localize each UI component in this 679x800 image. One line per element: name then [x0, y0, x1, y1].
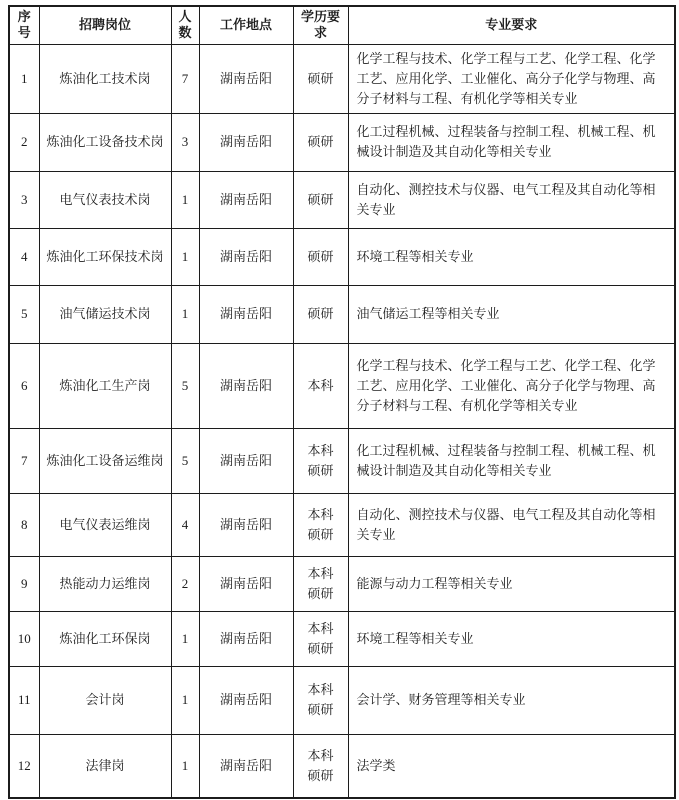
document-page: 序号 招聘岗位 人数 工作地点 学历要求 专业要求 1 炼油化工技术岗 7 湖南… — [0, 0, 679, 799]
cell-work-location: 湖南岳阳 — [199, 171, 293, 228]
header-row: 序号 招聘岗位 人数 工作地点 学历要求 专业要求 — [9, 6, 675, 44]
header-position: 招聘岗位 — [39, 6, 171, 44]
cell-work-location: 湖南岳阳 — [199, 556, 293, 611]
cell-position: 炼油化工环保技术岗 — [39, 228, 171, 285]
cell-headcount: 4 — [171, 493, 199, 556]
cell-major-requirement: 法学类 — [348, 734, 675, 798]
cell-education-requirement: 本科 硕研 — [293, 556, 348, 611]
table-row: 9 热能动力运维岗 2 湖南岳阳 本科 硕研 能源与动力工程等相关专业 — [9, 556, 675, 611]
cell-position: 电气仪表技术岗 — [39, 171, 171, 228]
cell-major-requirement: 化学工程与技术、化学工程与工艺、化学工程、化学工艺、应用化学、工业催化、高分子化… — [348, 44, 675, 113]
cell-work-location: 湖南岳阳 — [199, 666, 293, 734]
table-row: 5 油气储运技术岗 1 湖南岳阳 硕研 油气储运工程等相关专业 — [9, 285, 675, 343]
cell-education-requirement: 本科 硕研 — [293, 734, 348, 798]
cell-seq-no: 9 — [9, 556, 39, 611]
cell-work-location: 湖南岳阳 — [199, 343, 293, 428]
cell-seq-no: 7 — [9, 428, 39, 493]
cell-headcount: 1 — [171, 228, 199, 285]
cell-major-requirement: 化工过程机械、过程装备与控制工程、机械工程、机械设计制造及其自动化等相关专业 — [348, 428, 675, 493]
cell-work-location: 湖南岳阳 — [199, 44, 293, 113]
cell-major-requirement: 自动化、测控技术与仪器、电气工程及其自动化等相关专业 — [348, 171, 675, 228]
header-major-requirement: 专业要求 — [348, 6, 675, 44]
cell-education-requirement: 硕研 — [293, 228, 348, 285]
cell-seq-no: 11 — [9, 666, 39, 734]
cell-position: 会计岗 — [39, 666, 171, 734]
cell-seq-no: 5 — [9, 285, 39, 343]
cell-major-requirement: 环境工程等相关专业 — [348, 611, 675, 666]
header-education-requirement: 学历要求 — [293, 6, 348, 44]
cell-headcount: 1 — [171, 171, 199, 228]
cell-seq-no: 3 — [9, 171, 39, 228]
cell-headcount: 5 — [171, 428, 199, 493]
cell-headcount: 7 — [171, 44, 199, 113]
cell-education-requirement: 本科 硕研 — [293, 493, 348, 556]
cell-education-requirement: 硕研 — [293, 113, 348, 171]
cell-major-requirement: 环境工程等相关专业 — [348, 228, 675, 285]
cell-work-location: 湖南岳阳 — [199, 285, 293, 343]
cell-work-location: 湖南岳阳 — [199, 228, 293, 285]
cell-headcount: 1 — [171, 734, 199, 798]
cell-position: 炼油化工环保岗 — [39, 611, 171, 666]
cell-work-location: 湖南岳阳 — [199, 493, 293, 556]
table-row: 12 法律岗 1 湖南岳阳 本科 硕研 法学类 — [9, 734, 675, 798]
cell-work-location: 湖南岳阳 — [199, 428, 293, 493]
cell-headcount: 2 — [171, 556, 199, 611]
cell-position: 油气储运技术岗 — [39, 285, 171, 343]
table-row: 2 炼油化工设备技术岗 3 湖南岳阳 硕研 化工过程机械、过程装备与控制工程、机… — [9, 113, 675, 171]
cell-headcount: 1 — [171, 611, 199, 666]
cell-education-requirement: 硕研 — [293, 171, 348, 228]
cell-major-requirement: 油气储运工程等相关专业 — [348, 285, 675, 343]
cell-education-requirement: 本科 硕研 — [293, 611, 348, 666]
cell-position: 电气仪表运维岗 — [39, 493, 171, 556]
cell-major-requirement: 化工过程机械、过程装备与控制工程、机械工程、机械设计制造及其自动化等相关专业 — [348, 113, 675, 171]
cell-major-requirement: 会计学、财务管理等相关专业 — [348, 666, 675, 734]
cell-position: 炼油化工设备运维岗 — [39, 428, 171, 493]
cell-position: 炼油化工技术岗 — [39, 44, 171, 113]
cell-education-requirement: 本科 — [293, 343, 348, 428]
header-seq-no: 序号 — [9, 6, 39, 44]
table-row: 3 电气仪表技术岗 1 湖南岳阳 硕研 自动化、测控技术与仪器、电气工程及其自动… — [9, 171, 675, 228]
table-row: 7 炼油化工设备运维岗 5 湖南岳阳 本科 硕研 化工过程机械、过程装备与控制工… — [9, 428, 675, 493]
cell-position: 法律岗 — [39, 734, 171, 798]
cell-major-requirement: 自动化、测控技术与仪器、电气工程及其自动化等相关专业 — [348, 493, 675, 556]
cell-education-requirement: 硕研 — [293, 44, 348, 113]
cell-position: 炼油化工生产岗 — [39, 343, 171, 428]
cell-seq-no: 1 — [9, 44, 39, 113]
cell-work-location: 湖南岳阳 — [199, 734, 293, 798]
cell-position: 炼油化工设备技术岗 — [39, 113, 171, 171]
table-row: 10 炼油化工环保岗 1 湖南岳阳 本科 硕研 环境工程等相关专业 — [9, 611, 675, 666]
cell-education-requirement: 本科 硕研 — [293, 428, 348, 493]
cell-education-requirement: 硕研 — [293, 285, 348, 343]
cell-work-location: 湖南岳阳 — [199, 113, 293, 171]
cell-seq-no: 10 — [9, 611, 39, 666]
cell-seq-no: 4 — [9, 228, 39, 285]
cell-major-requirement: 化学工程与技术、化学工程与工艺、化学工程、化学工艺、应用化学、工业催化、高分子化… — [348, 343, 675, 428]
cell-seq-no: 8 — [9, 493, 39, 556]
table-row: 11 会计岗 1 湖南岳阳 本科 硕研 会计学、财务管理等相关专业 — [9, 666, 675, 734]
cell-headcount: 5 — [171, 343, 199, 428]
cell-headcount: 3 — [171, 113, 199, 171]
cell-seq-no: 12 — [9, 734, 39, 798]
cell-seq-no: 6 — [9, 343, 39, 428]
recruitment-table: 序号 招聘岗位 人数 工作地点 学历要求 专业要求 1 炼油化工技术岗 7 湖南… — [8, 5, 676, 799]
header-work-location: 工作地点 — [199, 6, 293, 44]
cell-work-location: 湖南岳阳 — [199, 611, 293, 666]
cell-position: 热能动力运维岗 — [39, 556, 171, 611]
table-row: 4 炼油化工环保技术岗 1 湖南岳阳 硕研 环境工程等相关专业 — [9, 228, 675, 285]
table-row: 8 电气仪表运维岗 4 湖南岳阳 本科 硕研 自动化、测控技术与仪器、电气工程及… — [9, 493, 675, 556]
cell-headcount: 1 — [171, 666, 199, 734]
cell-seq-no: 2 — [9, 113, 39, 171]
table-body: 1 炼油化工技术岗 7 湖南岳阳 硕研 化学工程与技术、化学工程与工艺、化学工程… — [9, 44, 675, 798]
table-row: 1 炼油化工技术岗 7 湖南岳阳 硕研 化学工程与技术、化学工程与工艺、化学工程… — [9, 44, 675, 113]
header-headcount: 人数 — [171, 6, 199, 44]
table-row: 6 炼油化工生产岗 5 湖南岳阳 本科 化学工程与技术、化学工程与工艺、化学工程… — [9, 343, 675, 428]
cell-major-requirement: 能源与动力工程等相关专业 — [348, 556, 675, 611]
cell-education-requirement: 本科 硕研 — [293, 666, 348, 734]
cell-headcount: 1 — [171, 285, 199, 343]
